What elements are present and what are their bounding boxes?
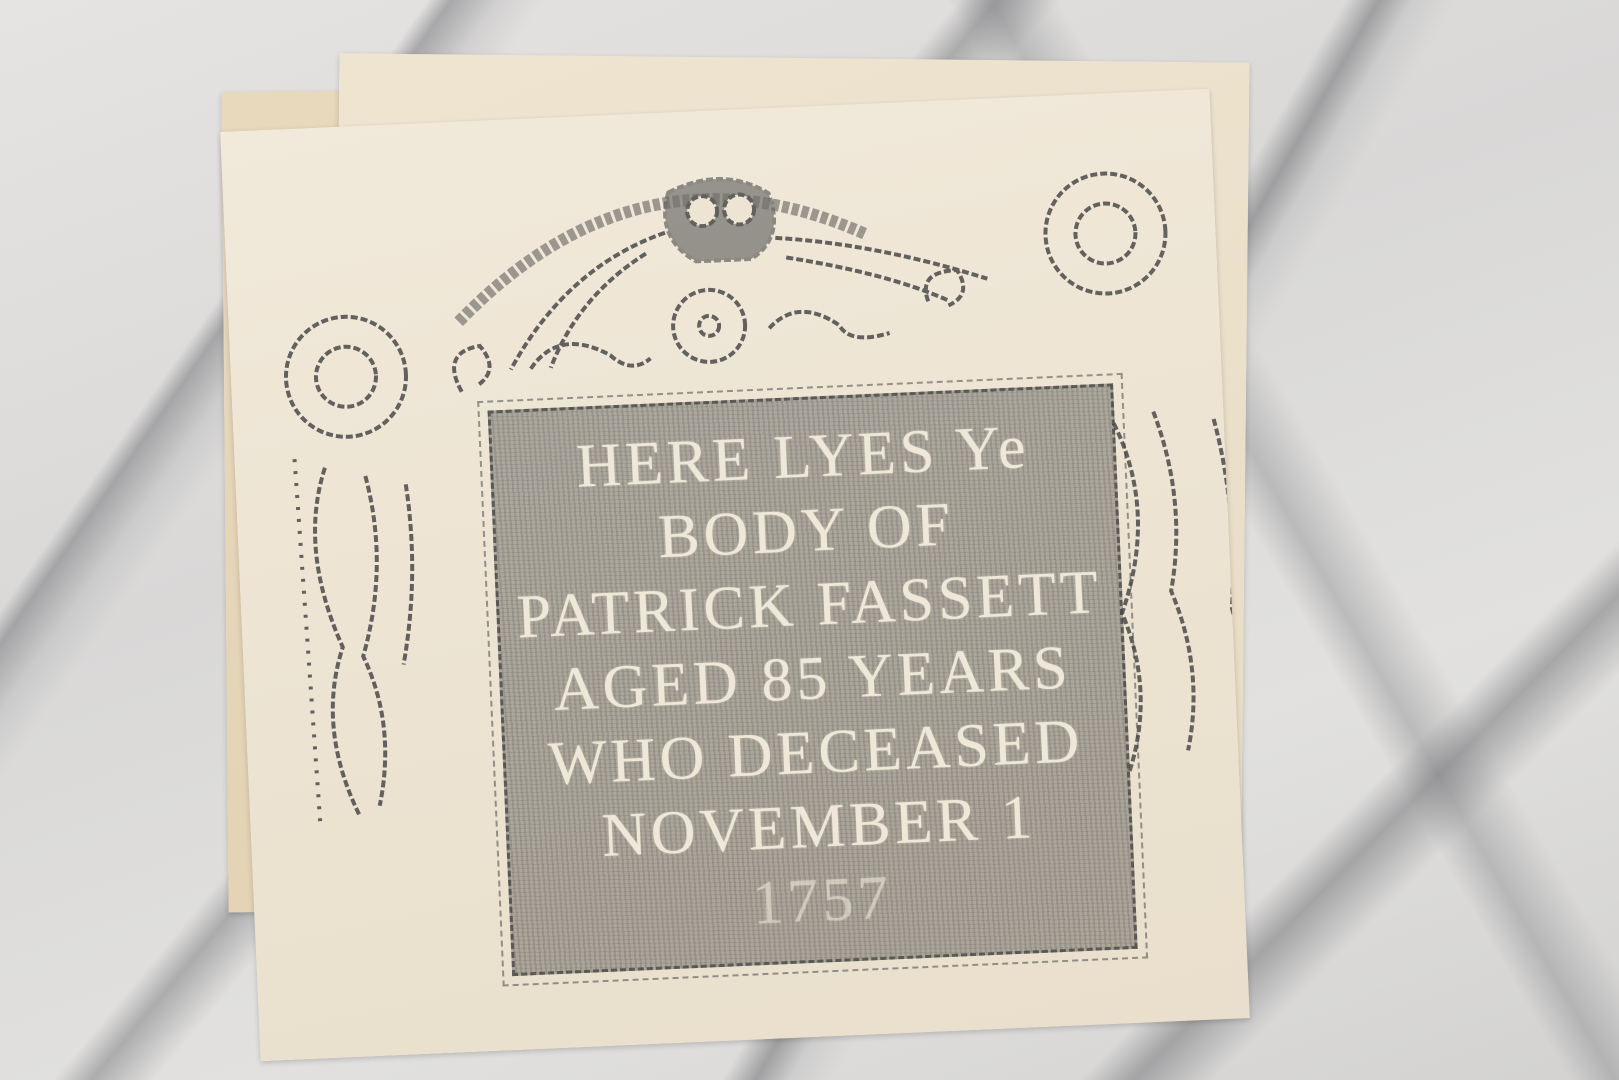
rubbing-sheet-front: HERE LYES Ye BODY OF PATRICK FASSETT AGE… [220, 89, 1250, 1061]
inscription-panel: HERE LYES Ye BODY OF PATRICK FASSETT AGE… [488, 383, 1138, 976]
skull-icon [664, 177, 776, 263]
inscription-text: HERE LYES Ye BODY OF PATRICK FASSETT AGE… [492, 406, 1134, 951]
